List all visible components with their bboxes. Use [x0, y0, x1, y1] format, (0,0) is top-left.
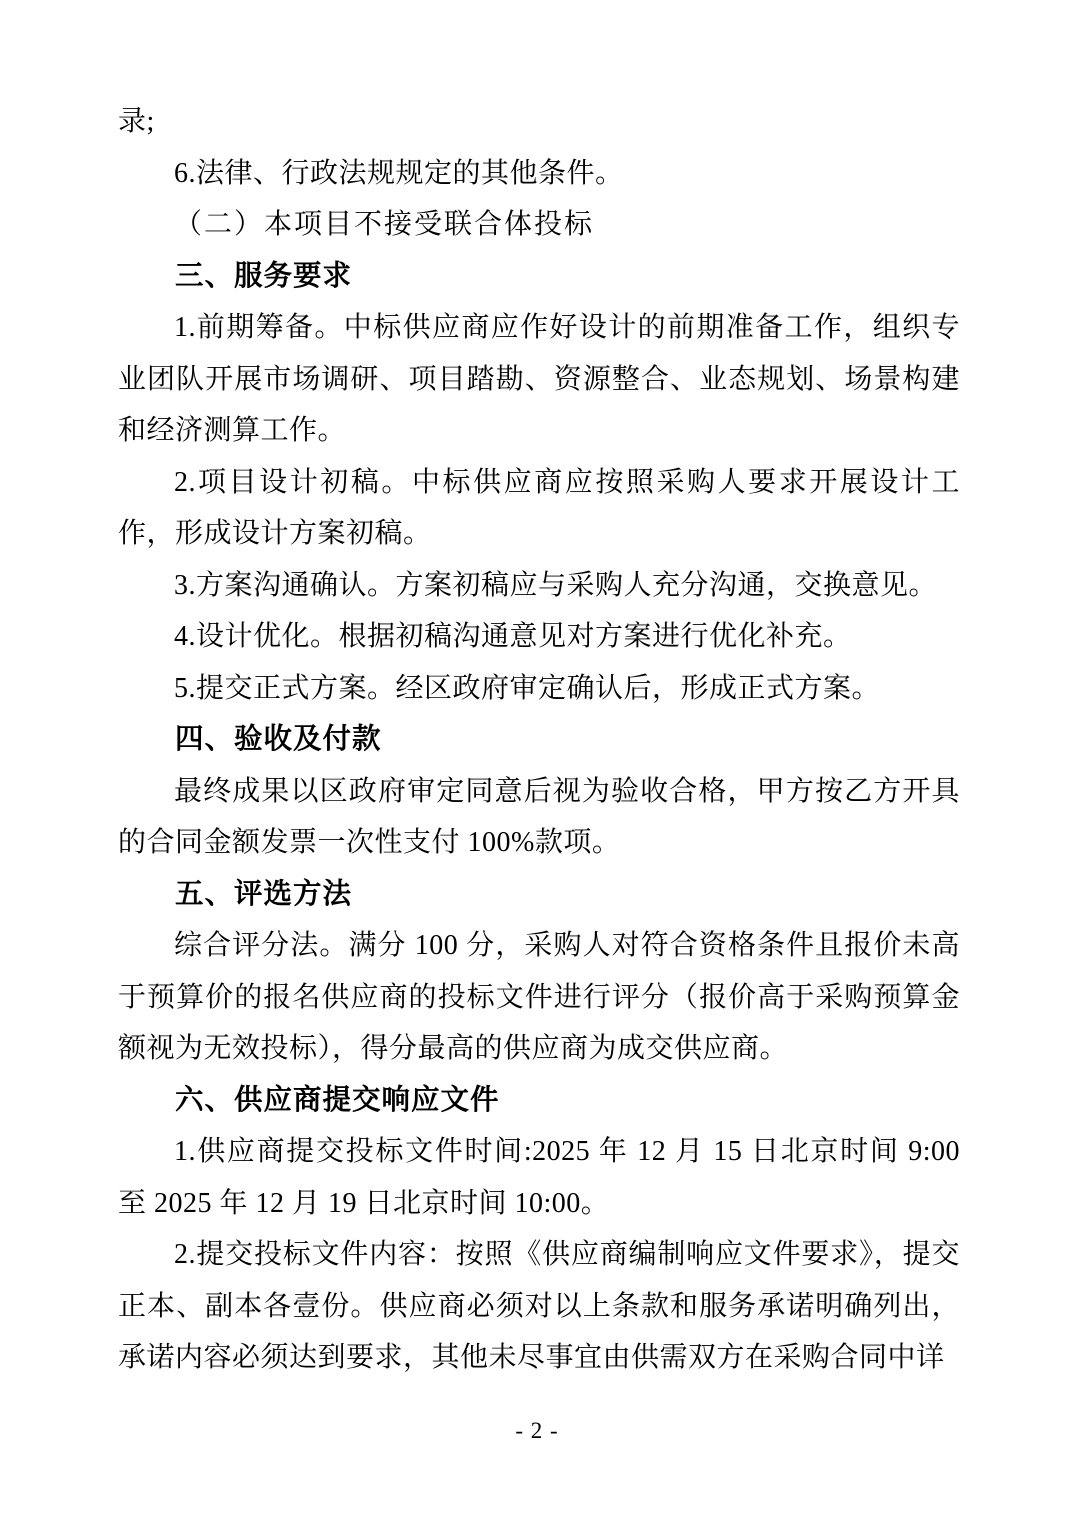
paragraph-submission-content: 2.提交投标文件内容：按照《供应商编制响应文件要求》，提交正本、副本各壹份。供应…	[118, 1229, 960, 1384]
section-heading-acceptance-payment: 四、验收及付款	[118, 714, 960, 766]
paragraph-service-item-2: 2.项目设计初稿。中标供应商应按照采购人要求开展设计工作，形成设计方案初稿。	[118, 457, 960, 560]
page-number: - 2 -	[0, 1418, 1074, 1444]
section-heading-service-requirements: 三、服务要求	[118, 251, 960, 303]
paragraph-service-item-4: 4.设计优化。根据初稿沟通意见对方案进行优化补充。	[118, 611, 960, 663]
section-heading-response-documents: 六、供应商提交响应文件	[118, 1075, 960, 1127]
paragraph-evaluation-method: 综合评分法。满分 100 分，采购人对符合资格条件且报价未高于预算价的报名供应商…	[118, 920, 960, 1075]
paragraph-service-item-3: 3.方案沟通确认。方案初稿应与采购人充分沟通，交换意见。	[118, 560, 960, 612]
section-heading-evaluation-method: 五、评选方法	[118, 869, 960, 921]
paragraph-no-consortium: （二）本项目不接受联合体投标	[118, 199, 960, 251]
paragraph-acceptance-payment: 最终成果以区政府审定同意后视为验收合格，甲方按乙方开具的合同金额发票一次性支付 …	[118, 766, 960, 869]
paragraph-submission-time: 1.供应商提交投标文件时间:2025 年 12 月 15 日北京时间 9:00 …	[118, 1126, 960, 1229]
paragraph-service-item-5: 5.提交正式方案。经区政府审定确认后，形成正式方案。	[118, 663, 960, 715]
document-body: 录; 6.法律、行政法规规定的其他条件。 （二）本项目不接受联合体投标 三、服务…	[118, 96, 960, 1384]
document-page: 录; 6.法律、行政法规规定的其他条件。 （二）本项目不接受联合体投标 三、服务…	[0, 0, 1074, 1520]
paragraph-service-item-1: 1.前期筹备。中标供应商应作好设计的前期准备工作，组织专业团队开展市场调研、项目…	[118, 302, 960, 457]
paragraph-continuation: 录;	[118, 96, 960, 148]
paragraph-condition-6: 6.法律、行政法规规定的其他条件。	[118, 148, 960, 200]
